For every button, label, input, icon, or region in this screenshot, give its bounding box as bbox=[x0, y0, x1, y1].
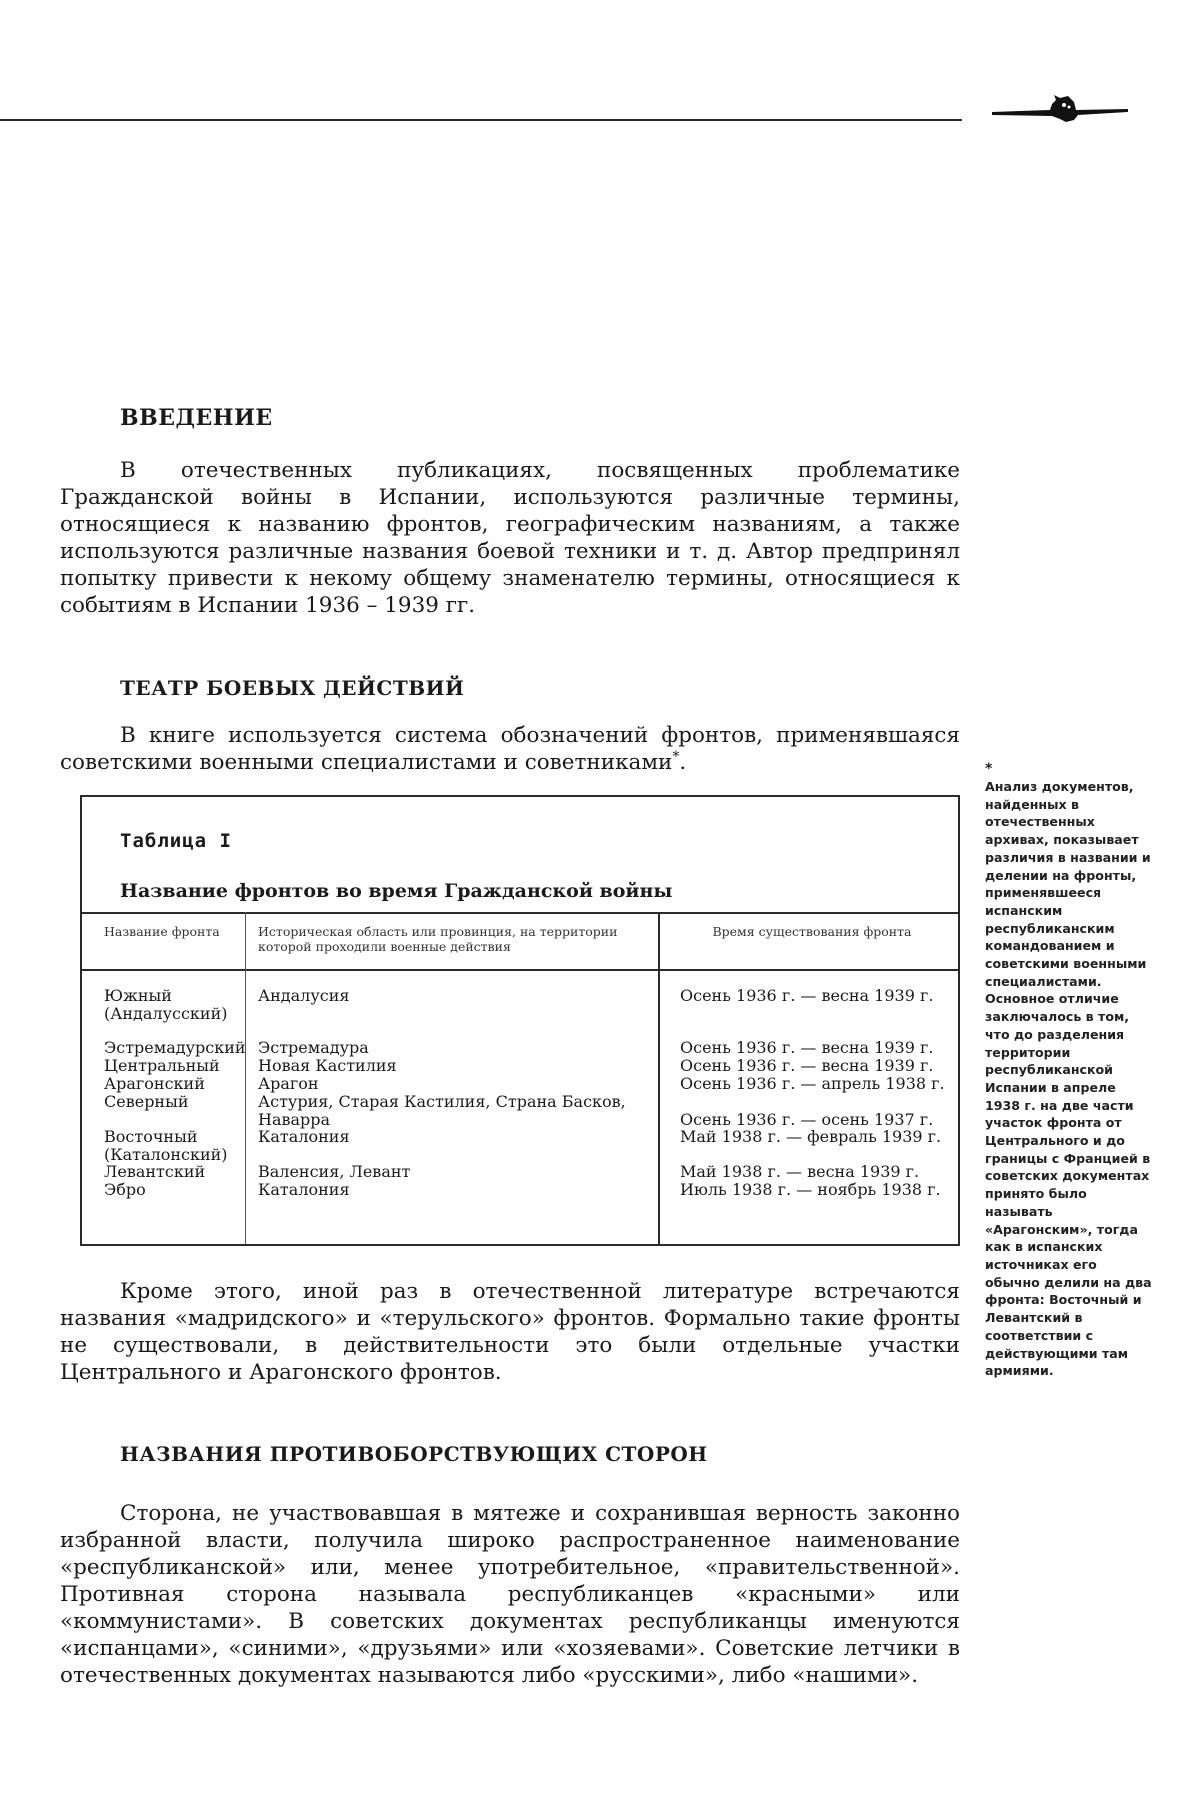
cell-region: Новая Кастилия bbox=[258, 1057, 648, 1075]
cell-region: Каталония bbox=[258, 1181, 648, 1199]
sidenote-text: Анализ документов, найденных в отечестве… bbox=[985, 779, 1152, 1378]
sidenote-mark: * bbox=[985, 762, 1155, 776]
cell-period: Осень 1936 г. — апрель 1938 г. bbox=[680, 1075, 950, 1093]
cell-period: Осень 1936 г. — весна 1939 г. bbox=[680, 987, 950, 1005]
cell-region: Валенсия, Левант bbox=[258, 1163, 648, 1181]
column-header-front: Название фронта bbox=[104, 924, 234, 939]
column-header-region: Историческая область или провинция, на т… bbox=[258, 924, 648, 954]
table-header: Название фронта Историческая область или… bbox=[82, 912, 958, 971]
header-rule bbox=[0, 119, 962, 121]
paragraph-intro: В отечественных публикациях, посвященных… bbox=[60, 457, 960, 619]
column-divider bbox=[245, 912, 246, 1244]
cell-front: Южный (Андалусский) bbox=[104, 987, 244, 1022]
cell-front: Северный bbox=[104, 1093, 244, 1111]
sidenote: * Анализ документов, найденных в отечест… bbox=[985, 762, 1155, 1380]
cell-period: Май 1938 г. — февраль 1939 г. bbox=[680, 1128, 950, 1146]
cell-region: Арагон bbox=[258, 1075, 648, 1093]
heading-theatre: ТЕАТР БОЕВЫХ ДЕЙСТВИЙ bbox=[120, 676, 464, 700]
cell-region: Эстремадура bbox=[258, 1039, 648, 1057]
paragraph-theatre: В книге используется система обозначений… bbox=[60, 722, 960, 776]
cell-front: Центральный bbox=[104, 1057, 244, 1075]
column-divider bbox=[658, 912, 660, 1244]
cell-front: Эбро bbox=[104, 1181, 244, 1199]
cell-region: Каталония bbox=[258, 1128, 648, 1146]
fronts-table: Таблица I Название фронтов во время Граж… bbox=[80, 795, 960, 1246]
cell-region: Астурия, Старая Кастилия, Страна Басков,… bbox=[258, 1093, 648, 1128]
cell-period: Осень 1936 г. — весна 1939 г. bbox=[680, 1057, 950, 1075]
paragraph-after-table: Кроме этого, иной раз в отечественной ли… bbox=[60, 1278, 960, 1386]
cell-front: Арагонский bbox=[104, 1075, 244, 1093]
table-label: Таблица I bbox=[120, 830, 232, 852]
cell-period: Июль 1938 г. — ноябрь 1938 г. bbox=[680, 1181, 950, 1199]
paragraph-theatre-end: . bbox=[679, 750, 686, 775]
table-title: Название фронтов во время Гражданской во… bbox=[120, 880, 672, 902]
cell-period: Осень 1936 г. — весна 1939 г. bbox=[680, 1039, 950, 1057]
airplane-icon bbox=[990, 92, 1130, 126]
cell-front: Восточный (Каталонский) bbox=[104, 1128, 244, 1163]
heading-sides: НАЗВАНИЯ ПРОТИВОБОРСТВУЮЩИХ СТОРОН bbox=[120, 1442, 708, 1466]
cell-front: Эстремадурский bbox=[104, 1039, 244, 1057]
column-header-period: Время существования фронта bbox=[682, 924, 942, 939]
paragraph-theatre-text: В книге используется система обозначений… bbox=[60, 723, 960, 775]
cell-front: Левантский bbox=[104, 1163, 244, 1181]
cell-period: Осень 1936 г. — осень 1937 г. bbox=[680, 1111, 950, 1129]
paragraph-sides: Сторона, не участвовавшая в мятеже и сох… bbox=[60, 1500, 960, 1689]
cell-period: Май 1938 г. — весна 1939 г. bbox=[680, 1163, 950, 1181]
heading-intro: ВВЕДЕНИЕ bbox=[120, 405, 273, 431]
cell-region: Андалусия bbox=[258, 987, 648, 1005]
